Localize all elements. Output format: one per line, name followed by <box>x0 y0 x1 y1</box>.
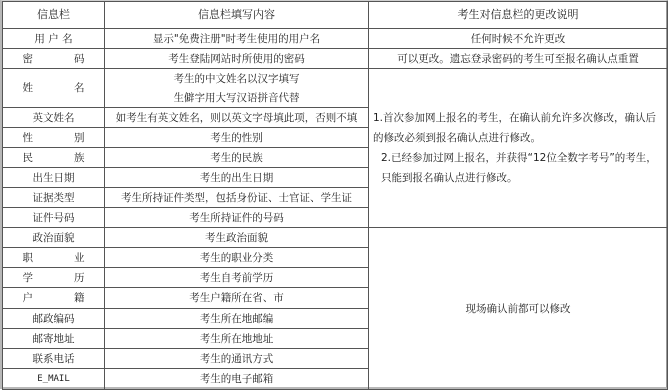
content-line: 生僻字用大写汉语拼音代替 <box>108 91 365 105</box>
field-content: 考生所在地地址 <box>105 329 369 349</box>
label-char: 籍 <box>74 291 85 305</box>
field-content: 考生所在地邮编 <box>105 309 369 329</box>
field-label: 户籍 <box>3 288 105 309</box>
note-line-2: 2.已经参加过网上报名，并获得“12位全数字考号”的考生，只能到报名确认点进行修… <box>373 148 657 188</box>
field-label: 证件号码 <box>3 208 105 228</box>
content-line: 考生的中文姓名以汉字填写 <box>108 72 365 86</box>
header-field: 信息栏 <box>3 2 105 29</box>
field-note: 任何时候不允许更改 <box>369 29 668 49</box>
field-label: 性别 <box>3 128 105 148</box>
field-label: 姓名 <box>3 69 105 108</box>
table-row: 密码 考生登陆网站时所使用的密码 可以更改。遗忘登录密码的考生可至报名确认点重置 <box>3 49 668 69</box>
field-label: 证据类型 <box>3 188 105 208</box>
field-label: 学历 <box>3 268 105 288</box>
table-row: 用 户 名 显示"免费注册"时考生使用的用户名 任何时候不允许更改 <box>3 29 668 49</box>
label-char: 密 <box>23 52 34 66</box>
label-char: 码 <box>74 52 85 66</box>
field-content: 考生登陆网站时所使用的密码 <box>105 49 369 69</box>
field-content: 显示"免费注册"时考生使用的用户名 <box>105 29 369 49</box>
field-content: 考生户籍所在省、市 <box>105 288 369 309</box>
field-label: 出生日期 <box>3 168 105 188</box>
field-content: 考生所持证件的号码 <box>105 208 369 228</box>
info-field-table: 信息栏 信息栏填写内容 考生对信息栏的更改说明 用 户 名 显示"免费注册"时考… <box>2 1 668 390</box>
table-row: 政治面貌 考生政治面貌 现场确认前都可以修改 <box>3 228 668 248</box>
field-content: 考生的职业分类 <box>105 248 369 268</box>
field-label: 邮政编码 <box>3 309 105 329</box>
field-label: 英文姓名 <box>3 108 105 128</box>
field-content: 考生自考前学历 <box>105 268 369 288</box>
field-note: 可以更改。遗忘登录密码的考生可至报名确认点重置 <box>369 49 668 69</box>
note-line-1: 1.首次参加网上报名的考生，在确认前允许多次修改，确认后的修改必须到报名确认点进… <box>373 108 657 148</box>
field-label: E_MAIL <box>3 369 105 390</box>
field-label: 联系电话 <box>3 349 105 369</box>
field-label: 职业 <box>3 248 105 268</box>
label-char: 业 <box>74 251 85 265</box>
field-content: 考生政治面貌 <box>105 228 369 248</box>
field-label: 民族 <box>3 148 105 168</box>
header-note: 考生对信息栏的更改说明 <box>369 2 668 29</box>
label-char: 别 <box>74 131 85 145</box>
label-char: 学 <box>23 271 34 285</box>
label-char: 性 <box>23 131 34 145</box>
field-content: 考生的电子邮箱 <box>105 369 369 390</box>
label-char: 职 <box>23 251 34 265</box>
label-char: 户 <box>23 291 34 305</box>
field-label: 政治面貌 <box>3 228 105 248</box>
field-content: 考生的中文姓名以汉字填写 生僻字用大写汉语拼音代替 <box>105 69 369 108</box>
label-char: 名 <box>74 81 85 95</box>
field-content: 考生的民族 <box>105 148 369 168</box>
merged-note-group1: 1.首次参加网上报名的考生，在确认前允许多次修改，确认后的修改必须到报名确认点进… <box>369 69 668 228</box>
field-label: 密码 <box>3 49 105 69</box>
field-label: 邮寄地址 <box>3 329 105 349</box>
label-char: 姓 <box>23 81 34 95</box>
field-content: 考生的性别 <box>105 128 369 148</box>
field-content: 如考生有英文姓名，则以英文字母填此项，否则不填 <box>105 108 369 128</box>
label-char: 民 <box>23 151 34 165</box>
label-char: 历 <box>74 271 85 285</box>
field-content: 考生的通讯方式 <box>105 349 369 369</box>
label-char: 族 <box>74 151 85 165</box>
field-content: 考生所持证件类型，包括身份证、士官证、学生证 <box>105 188 369 208</box>
header-content: 信息栏填写内容 <box>105 2 369 29</box>
merged-note-group2: 现场确认前都可以修改 <box>369 228 668 390</box>
field-content: 考生的出生日期 <box>105 168 369 188</box>
table-row: 姓名 考生的中文姓名以汉字填写 生僻字用大写汉语拼音代替 1.首次参加网上报名的… <box>3 69 668 108</box>
table-header-row: 信息栏 信息栏填写内容 考生对信息栏的更改说明 <box>3 2 668 29</box>
field-label: 用 户 名 <box>3 29 105 49</box>
